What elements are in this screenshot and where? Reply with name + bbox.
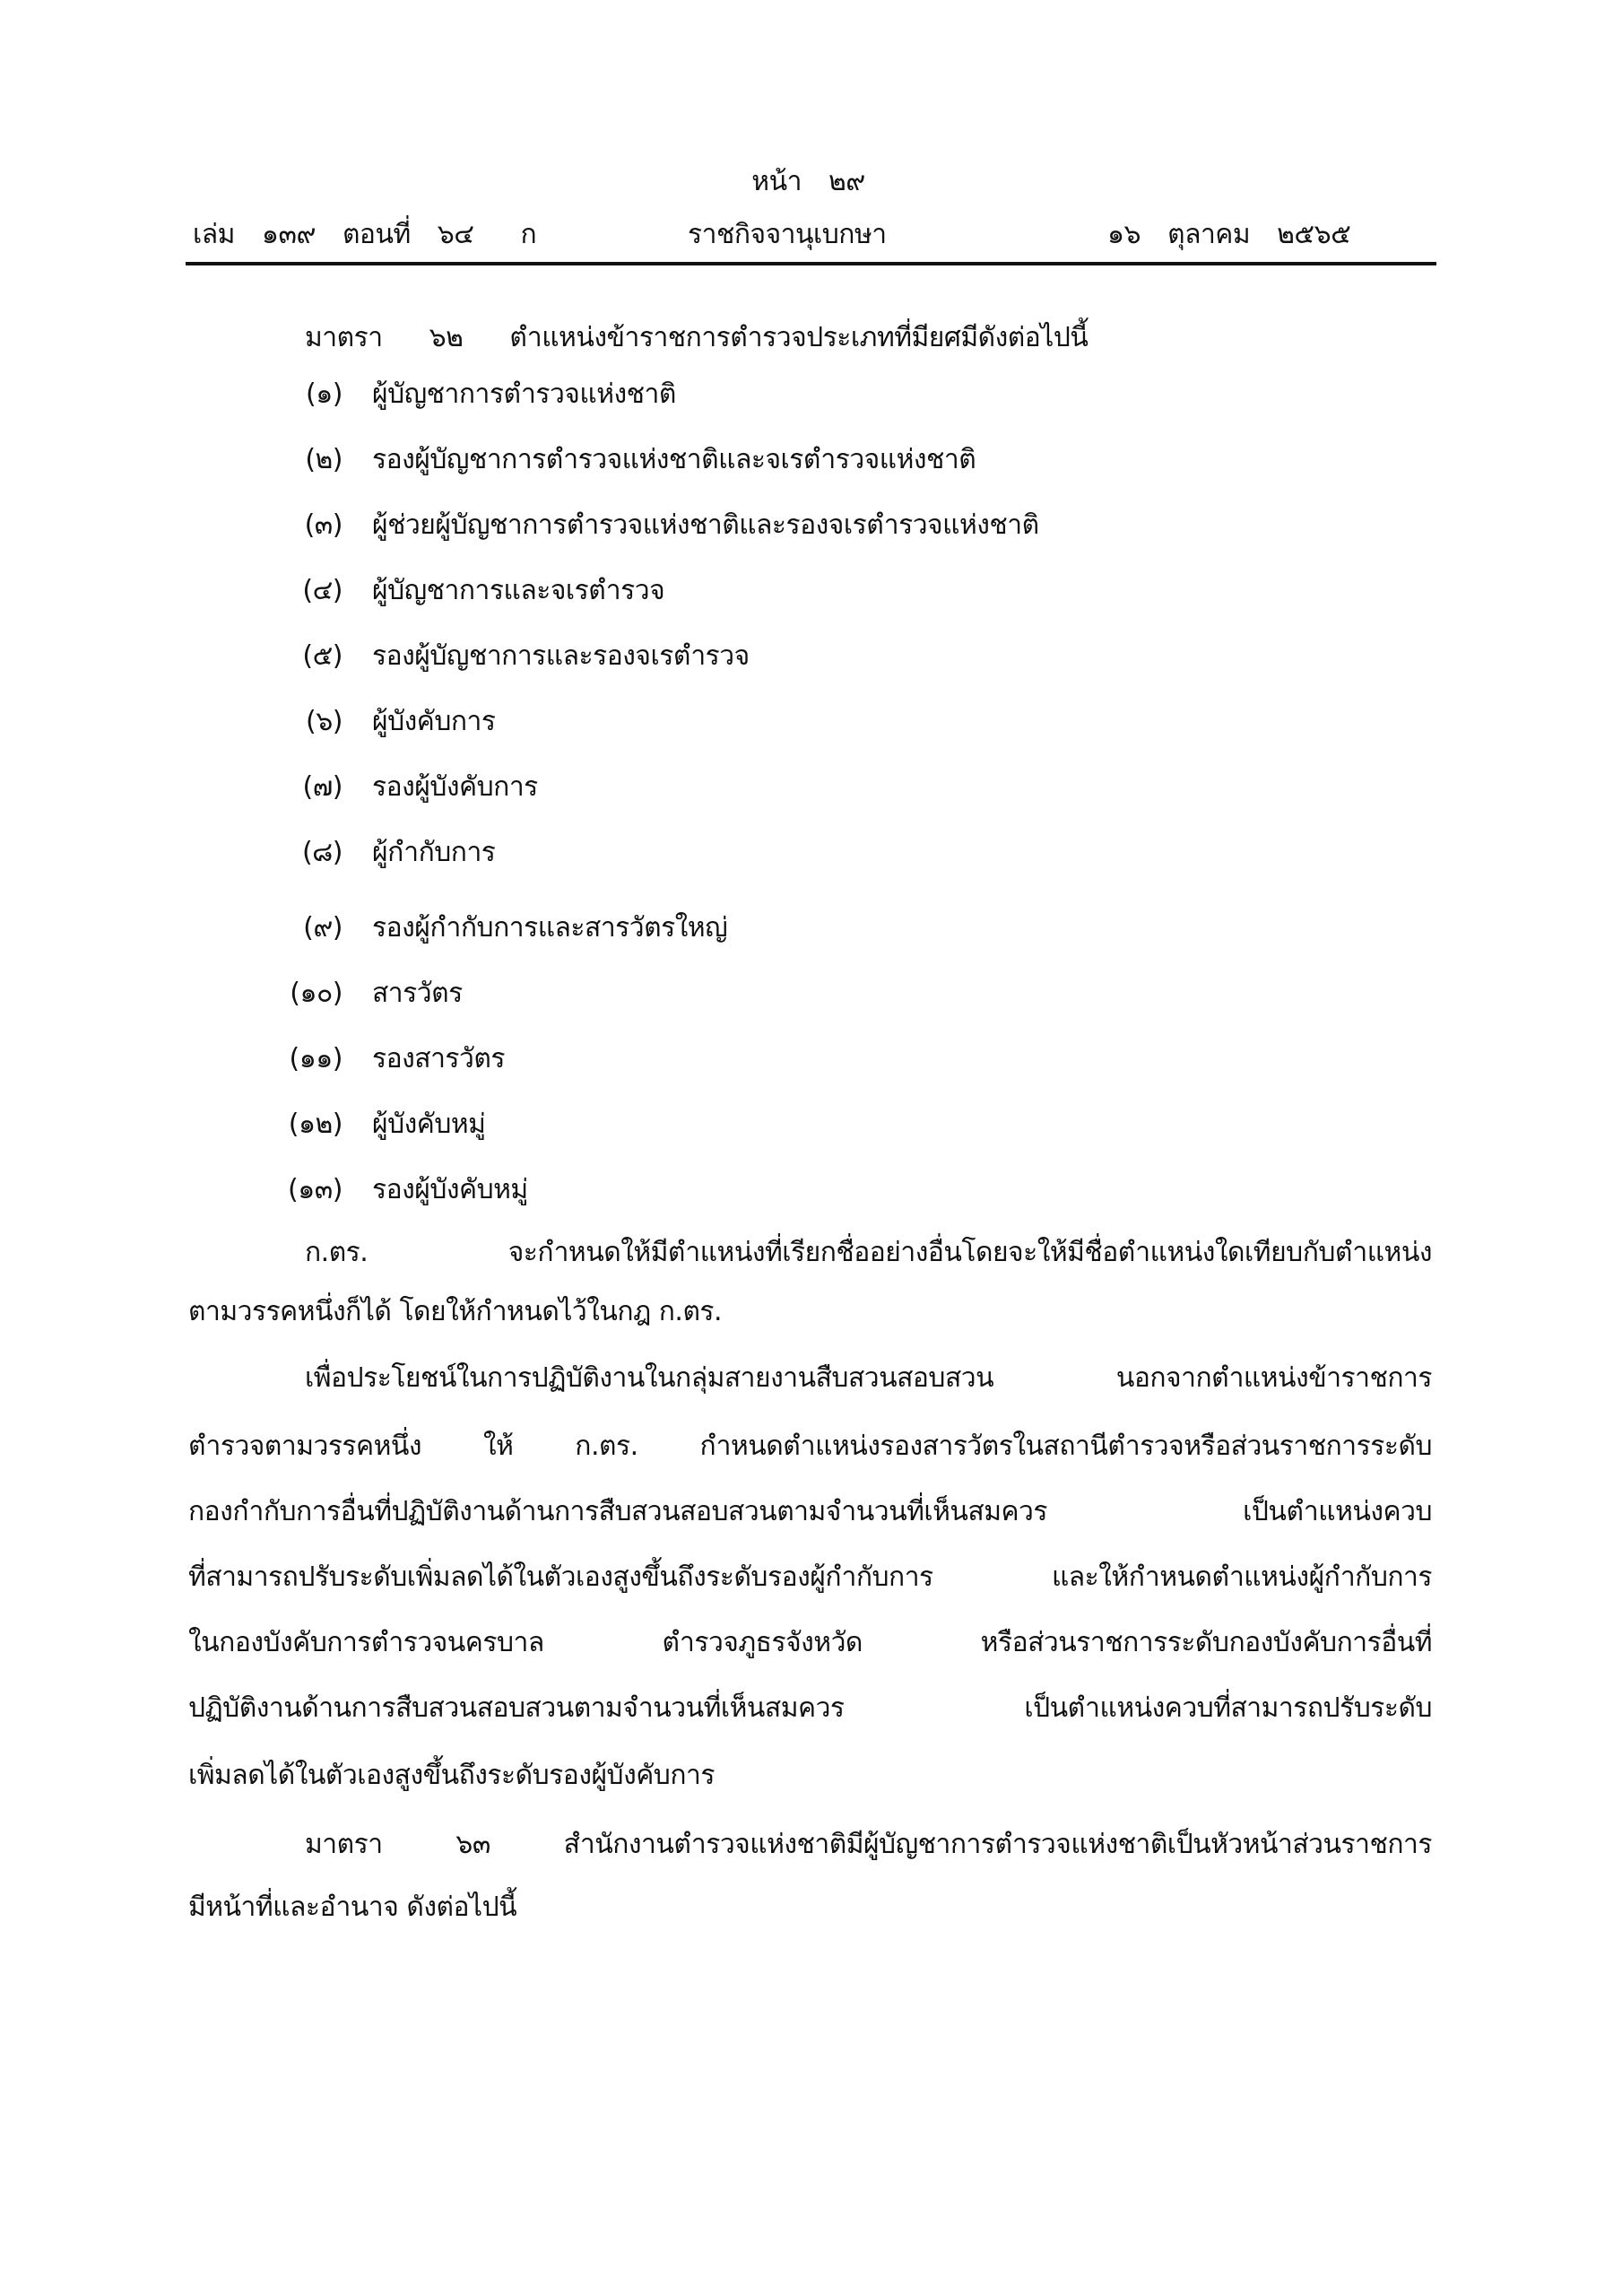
list-item-text: ผู้บังคับหมู่: [372, 1107, 485, 1143]
list-item-number: (๑๐): [253, 976, 343, 1012]
volume-number: ๑๓๙: [262, 219, 316, 250]
section-63-label: มาตรา: [305, 1827, 383, 1863]
list-item-number: (๘): [253, 835, 343, 871]
page-number: ๒๙: [828, 166, 865, 197]
list-item-text: สารวัตร: [372, 976, 463, 1012]
paragraph-2-line-1: เพื่อประโยชน์ในการปฏิบัติงานในกลุ่มสายงา…: [305, 1361, 1432, 1396]
paragraph-2-line-2: ตำรวจตามวรรคหนึ่ง ให้ ก.ตร. กำหนดตำแหน่ง…: [188, 1429, 1432, 1465]
date-day: ๑๖: [1107, 219, 1141, 250]
section-62-heading: มาตรา๖๒ตำแหน่งข้าราชการตำรวจประเภทที่มีย…: [305, 320, 1088, 356]
list-item-number: (๕): [253, 639, 343, 674]
section-type: ก: [521, 219, 537, 250]
list-item-text: ผู้บังคับการ: [372, 704, 496, 740]
section-62-number: ๖๒: [429, 322, 464, 353]
section-63-line-2: มีหน้าที่และอำนาจ ดังต่อไปนี้: [188, 1890, 516, 1926]
paragraph-2-line-5: ในกองบังคับการตำรวจนครบาล ตำรวจภูธรจังหว…: [188, 1625, 1432, 1661]
date-month: ตุลาคม: [1167, 219, 1250, 250]
section-label: ตอนที่: [343, 219, 411, 250]
section-number: ๖๔: [438, 219, 474, 250]
list-item-text: ผู้กำกับการ: [372, 835, 495, 871]
list-item-number: (๗): [253, 770, 343, 805]
list-item-number: (๑๑): [253, 1041, 343, 1077]
section-63-text: สำนักงานตำรวจแห่งชาติมีผู้บัญชาการตำรวจแ…: [564, 1827, 1432, 1863]
list-item-text: รองผู้บัญชาการและรองจเรตำรวจ: [372, 639, 750, 674]
paragraph-1-line-1: ก.ตร. จะกำหนดให้มีตำแหน่งที่เรียกชื่ออย่…: [305, 1235, 1432, 1271]
paragraph-1-line-2: ตามวรรคหนึ่งก็ได้ โดยให้กำหนดไว้ในกฎ ก.ต…: [188, 1294, 722, 1330]
paragraph-2-line-3: กองกำกับการอื่นที่ปฏิบัติงานด้านการสืบสว…: [188, 1494, 1432, 1530]
publication-title: ราชกิจจานุเบกษา: [688, 217, 887, 253]
list-item-text: รองสารวัตร: [372, 1041, 505, 1077]
gazette-page: หน้า๒๙ เล่ม๑๓๙ตอนที่๖๔ก ราชกิจจานุเบกษา …: [0, 0, 1622, 2296]
list-item-number: (๙): [253, 910, 343, 946]
list-item-text: รองผู้บัญชาการตำรวจแห่งชาติและจเรตำรวจแห…: [372, 442, 976, 478]
list-item-number: (๑๒): [253, 1107, 343, 1143]
section-63-heading: มาตรา ๖๓ สำนักงานตำรวจแห่งชาติมีผู้บัญชา…: [305, 1827, 1432, 1863]
paragraph-2-line-6: ปฏิบัติงานด้านการสืบสวนสอบสวนตามจำนวนที่…: [188, 1691, 1432, 1726]
list-item-text: ผู้บัญชาการตำรวจแห่งชาติ: [372, 377, 676, 413]
section-62-label: มาตรา: [305, 322, 383, 353]
date-year: ๒๕๖๕: [1277, 219, 1350, 250]
list-item-number: (๑): [253, 377, 343, 413]
list-item-number: (๒): [253, 442, 343, 478]
page-number-line: หน้า๒๙: [0, 164, 1622, 200]
list-item-text: ผู้บัญชาการและจเรตำรวจ: [372, 573, 664, 609]
list-item-number: (๓): [253, 508, 343, 544]
list-item-text: ผู้ช่วยผู้บัญชาการตำรวจแห่งชาติและรองจเร…: [372, 508, 1039, 544]
paragraph-2-line-7: เพิ่มลดได้ในตัวเองสูงขึ้นถึงระดับรองผู้บ…: [188, 1758, 715, 1794]
section-62-title: ตำแหน่งข้าราชการตำรวจประเภทที่มียศมีดังต…: [509, 322, 1088, 353]
page-label: หน้า: [751, 166, 802, 197]
paragraph-2-line-4: ที่สามารถปรับระดับเพิ่มลดได้ในตัวเองสูงข…: [188, 1560, 1432, 1596]
header-rule: [186, 262, 1436, 265]
list-item-number: (๖): [253, 704, 343, 740]
volume-label: เล่ม: [193, 219, 235, 250]
list-item-number: (๔): [253, 573, 343, 609]
list-item-number: (๑๓): [253, 1172, 343, 1208]
volume-info: เล่ม๑๓๙ตอนที่๖๔ก: [193, 217, 536, 253]
publication-date: ๑๖ตุลาคม๒๕๖๕: [1107, 217, 1350, 253]
list-item-text: รองผู้บังคับหมู่: [372, 1172, 528, 1208]
section-63-number: ๖๓: [455, 1827, 490, 1863]
list-item-text: รองผู้กำกับการและสารวัตรใหญ่: [372, 910, 727, 946]
list-item-text: รองผู้บังคับการ: [372, 770, 538, 805]
